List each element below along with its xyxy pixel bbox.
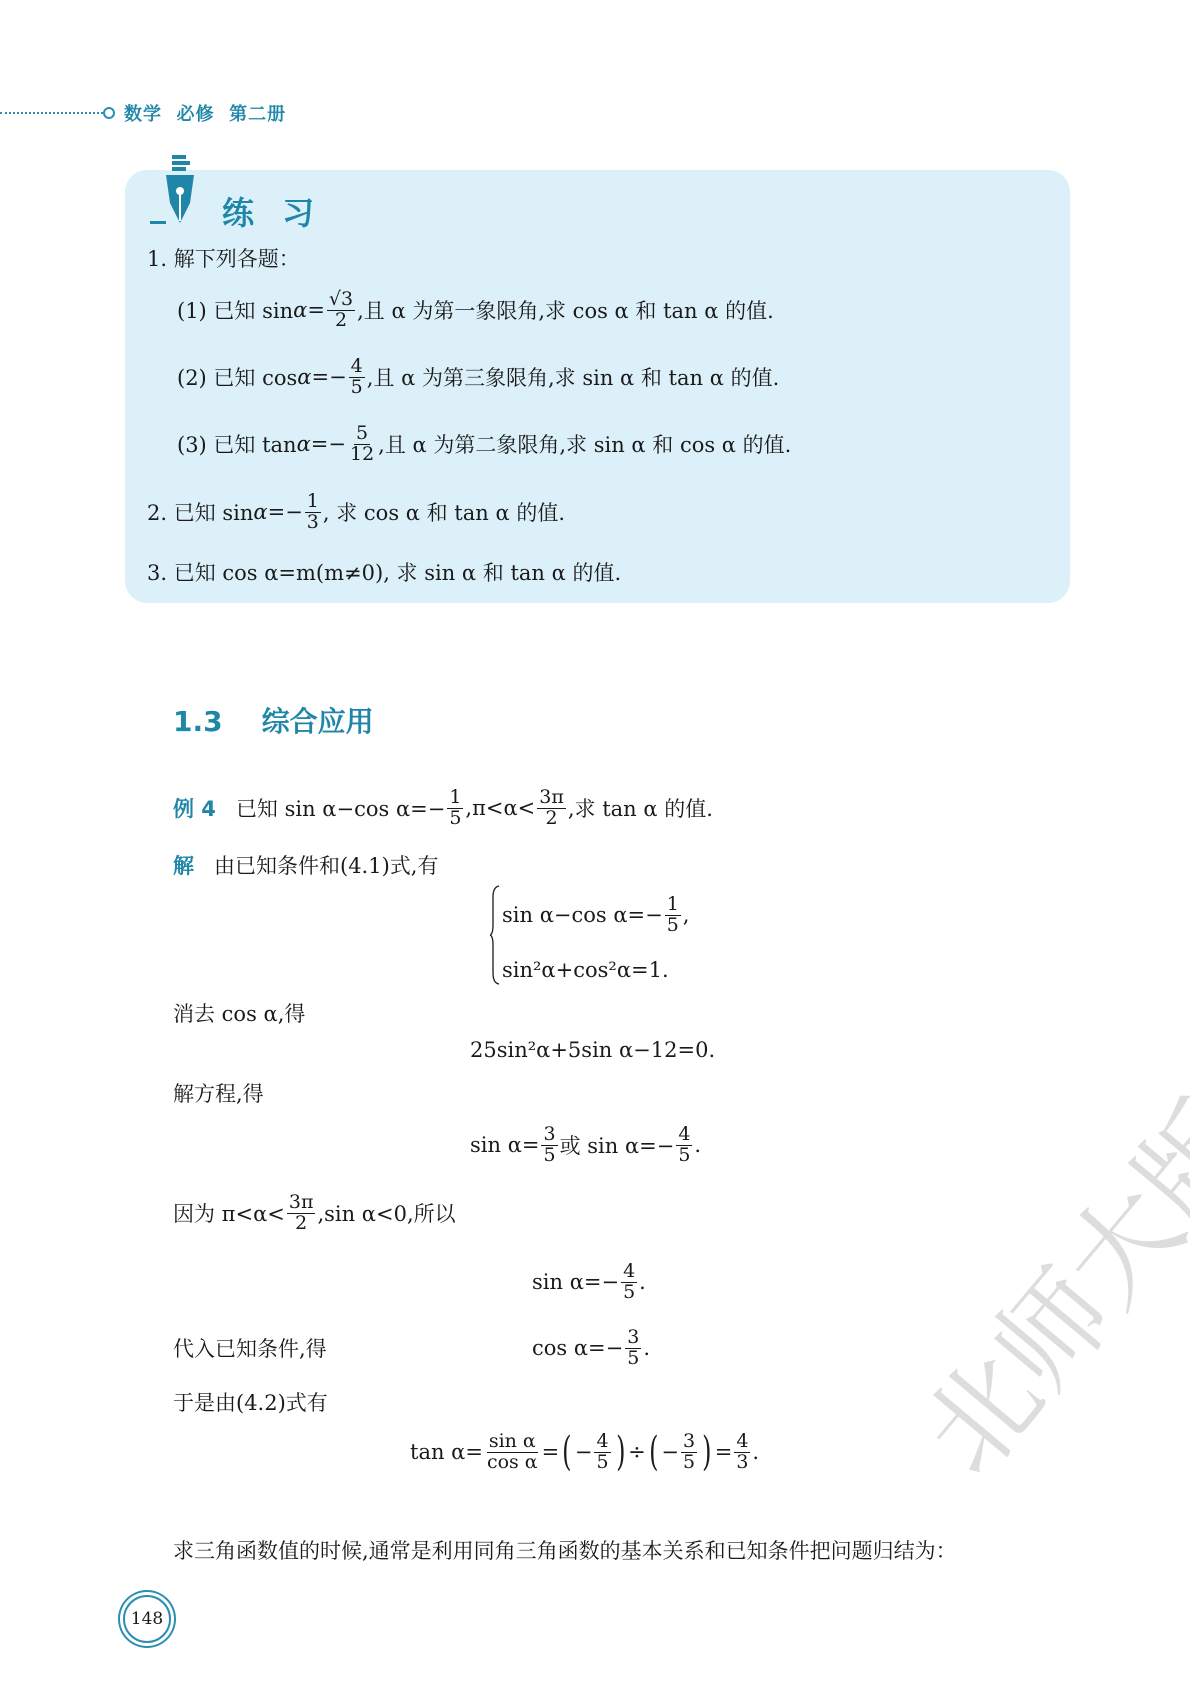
numerator: 1 (447, 788, 463, 809)
text: 于是由(4.2)式有 (173, 1387, 328, 1417)
fraction: 43 (734, 1432, 750, 1473)
system-equation-1: sin α−cos α=− 15 , (502, 895, 689, 936)
text: 2. 已知 sin (147, 497, 253, 527)
text: (3) 已知 tan (177, 429, 297, 459)
summary-text: 求三角函数值的时候,通常是利用同角三角函数的基本关系和已知条件把问题归结为： (173, 1535, 957, 1565)
variable: α (293, 298, 307, 322)
denominator: 5 (349, 378, 365, 398)
fraction: 512 (348, 424, 376, 465)
denominator: 5 (447, 809, 463, 829)
question-2: 2. 已知 sin α =− 13 , 求 cos α 和 tan α 的值. (147, 492, 565, 533)
numerator: √3 (327, 290, 355, 311)
denominator: 3 (305, 513, 321, 533)
text: ,求 tan α 的值. (568, 793, 713, 823)
question-1-label: 1. 解下列各题： (147, 243, 300, 273)
denominator: 5 (621, 1283, 637, 1303)
numerator: 3π (287, 1193, 316, 1214)
right-paren: ) (616, 1432, 625, 1472)
text: cos α=− (532, 1336, 623, 1360)
denominator: 5 (676, 1146, 692, 1166)
numerator: 1 (305, 492, 321, 513)
text: ,sin α<0,所以 (317, 1198, 455, 1228)
right-paren: ) (702, 1432, 711, 1472)
substitute-step: 代入已知条件,得 (173, 1333, 327, 1363)
numerator: 3 (681, 1432, 697, 1453)
operator: ÷ (628, 1440, 646, 1464)
text: ,且 α 为第三象限角,求 sin α 和 tan α 的值. (367, 362, 779, 392)
example-4: 例 4 已知 sin α−cos α=− 15 ,π<α< 3π2 ,求 tan… (173, 788, 713, 829)
section-heading: 1.3 综合应用 (173, 700, 374, 740)
fraction: sin αcos α (485, 1432, 540, 1473)
operator: =− (311, 432, 346, 456)
left-brace (490, 885, 500, 985)
denominator: 5 (665, 916, 681, 936)
operator: − (575, 1440, 593, 1464)
text: . (752, 1440, 759, 1464)
text: (2) 已知 cos (177, 362, 297, 392)
numerator: sin α (487, 1432, 538, 1453)
fraction: 35 (625, 1328, 641, 1369)
header-dotted-line (0, 112, 103, 114)
numerator: 4 (349, 357, 365, 378)
denominator: 2 (544, 809, 560, 829)
denominator: 5 (541, 1146, 557, 1166)
system-equation-2: sin²α+cos²α=1. (502, 958, 669, 982)
pen-nib-icon (150, 155, 205, 230)
eliminate-step: 消去 cos α,得 (173, 998, 305, 1028)
quadratic-equation: 25sin²α+5sin α−12=0. (470, 1038, 715, 1062)
watermark: 北师大版 (880, 1063, 1190, 1502)
text: sin α−cos α=− (502, 903, 663, 927)
numerator: 3 (541, 1125, 557, 1146)
text: sin α= (470, 1133, 539, 1157)
text: 或 sin α=− (560, 1130, 675, 1160)
text: . (694, 1133, 701, 1157)
text: . (643, 1336, 650, 1360)
text: ,π<α< (465, 796, 535, 820)
fraction: 45 (594, 1432, 610, 1473)
operator: = (307, 298, 325, 322)
fraction: 35 (681, 1432, 697, 1473)
question-1-part-2: (2) 已知 cos α =− 45 ,且 α 为第三象限角,求 sin α 和… (177, 357, 779, 398)
fraction: 45 (676, 1125, 692, 1166)
question-1-part-3: (3) 已知 tan α =− 512 ,且 α 为第二象限角,求 sin α … (177, 424, 791, 465)
fraction: 3π2 (537, 788, 566, 829)
denominator: 3 (734, 1453, 750, 1473)
operator: =− (268, 500, 303, 524)
solution-label: 解 (173, 850, 194, 880)
denominator: 2 (293, 1214, 309, 1234)
left-paren: ( (562, 1432, 571, 1472)
practice-title: 练习 (222, 188, 342, 234)
text: sin²α+cos²α=1. (502, 958, 669, 982)
text: 求三角函数值的时候,通常是利用同角三角函数的基本关系和已知条件把问题归结为： (173, 1535, 957, 1565)
text: . (639, 1270, 646, 1294)
text: 已知 sin α−cos α=− (236, 793, 445, 823)
numerator: 1 (665, 895, 681, 916)
numerator: 3 (625, 1328, 641, 1349)
because-step: 因为 π<α< 3π2 ,sin α<0,所以 (173, 1193, 456, 1234)
left-paren: ( (649, 1432, 658, 1472)
numerator: 4 (734, 1432, 750, 1453)
text: 25sin²α+5sin α−12=0. (470, 1038, 715, 1062)
then-step: 于是由(4.2)式有 (173, 1387, 328, 1417)
text: tan α= (410, 1440, 483, 1464)
cos-result: cos α=− 35 . (532, 1328, 650, 1369)
denominator: 2 (333, 311, 349, 331)
fraction: 45 (621, 1262, 637, 1303)
denominator: cos α (485, 1453, 540, 1473)
text: , 求 cos α 和 tan α 的值. (323, 497, 565, 527)
fraction: 35 (541, 1125, 557, 1166)
question-1: 1. 解下列各题： (147, 243, 300, 273)
fraction: √32 (327, 290, 355, 331)
numerator: 3π (537, 788, 566, 809)
operator: =− (311, 365, 346, 389)
sin-result: sin α=− 45 . (532, 1262, 646, 1303)
fraction: 15 (447, 788, 463, 829)
denominator: 5 (625, 1349, 641, 1369)
roots: sin α= 35 或 sin α=− 45 . (470, 1125, 701, 1166)
fraction: 3π2 (287, 1193, 316, 1234)
denominator: 5 (594, 1453, 610, 1473)
denominator: 12 (348, 445, 376, 465)
variable: α (297, 365, 311, 389)
fraction: 45 (349, 357, 365, 398)
text: (1) 已知 sin (177, 295, 293, 325)
numerator: 4 (676, 1125, 692, 1146)
text: 代入已知条件,得 (173, 1333, 327, 1363)
fraction: 13 (305, 492, 321, 533)
text: ,且 α 为第二象限角,求 sin α 和 cos α 的值. (378, 429, 791, 459)
fraction: 15 (665, 895, 681, 936)
operator: = (542, 1440, 560, 1464)
operator: − (661, 1440, 679, 1464)
text: , (683, 903, 690, 927)
book-title: 数学 必修 第二册 (124, 100, 286, 126)
text: 3. 已知 cos α=m(m≠0), 求 sin α 和 tan α 的值. (147, 557, 621, 587)
solve-step: 解方程,得 (173, 1078, 264, 1108)
denominator: 5 (681, 1453, 697, 1473)
operator: = (715, 1440, 733, 1464)
text: 解方程,得 (173, 1078, 264, 1108)
solution-intro: 解 由已知条件和(4.1)式,有 (173, 850, 438, 880)
numerator: 5 (354, 424, 370, 445)
text: 因为 π<α< (173, 1198, 285, 1228)
text: 消去 cos α,得 (173, 998, 305, 1028)
variable: α (297, 432, 311, 456)
question-3: 3. 已知 cos α=m(m≠0), 求 sin α 和 tan α 的值. (147, 557, 621, 587)
text: sin α=− (532, 1270, 619, 1294)
text: 由已知条件和(4.1)式,有 (214, 850, 438, 880)
tan-result: tan α= sin αcos α = (− 45 ) ÷ (− 35 ) = … (410, 1432, 759, 1473)
numerator: 4 (621, 1262, 637, 1283)
page-number: 148 (123, 1595, 171, 1643)
header-circle-marker (103, 107, 115, 119)
text: ,且 α 为第一象限角,求 cos α 和 tan α 的值. (357, 295, 774, 325)
numerator: 4 (594, 1432, 610, 1453)
variable: α (253, 500, 267, 524)
question-1-part-1: (1) 已知 sin α = √32 ,且 α 为第一象限角,求 cos α 和… (177, 290, 774, 331)
example-label: 例 4 (173, 793, 216, 823)
